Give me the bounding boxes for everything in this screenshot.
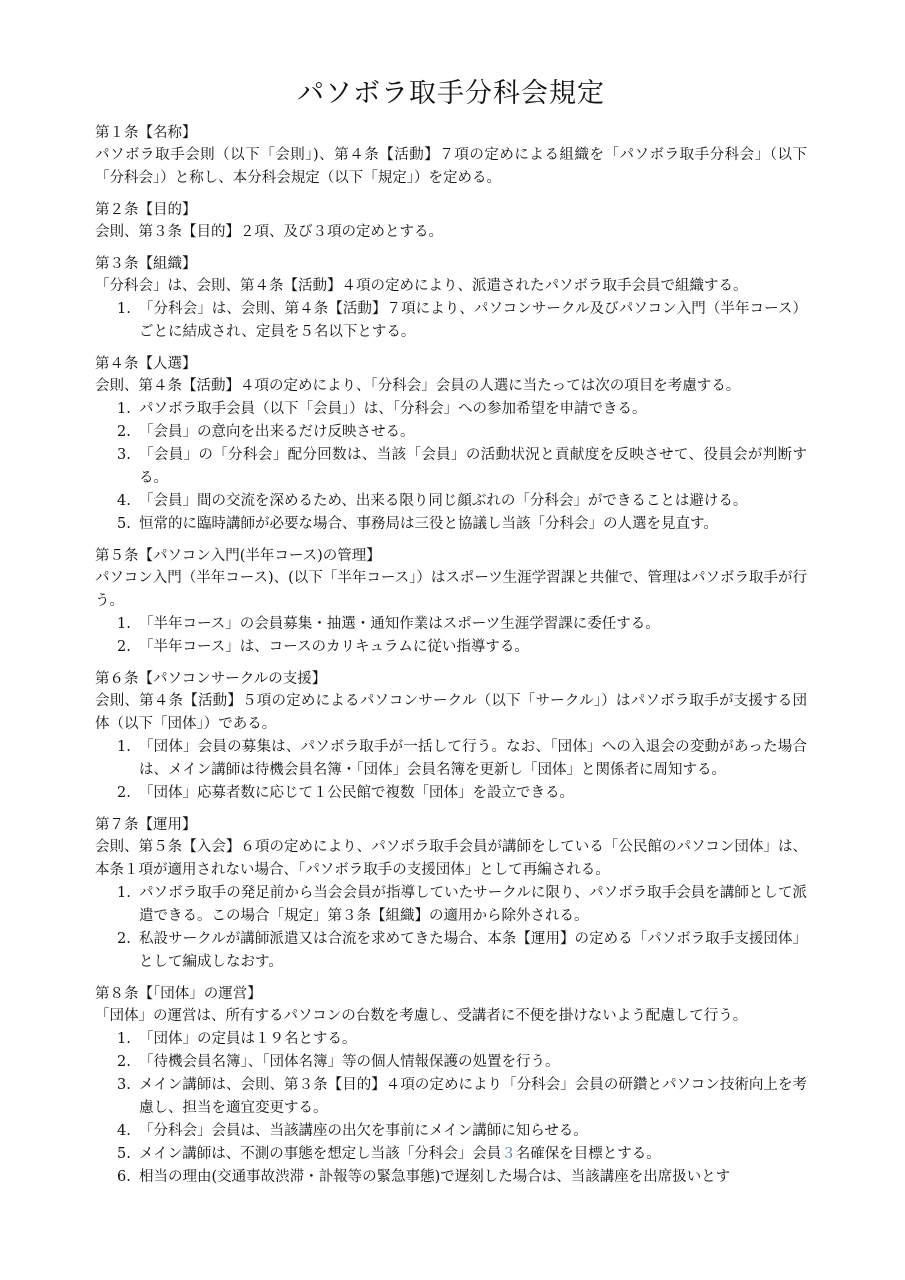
list-item: 6.相当の理由(交通事故渋滞・訃報等の緊急事態)で遅刻した場合は、当該講座を出席… bbox=[95, 1166, 807, 1189]
list-item: 4.「会員」間の交流を深めるため、出来る限り同じ顔ぶれの「分科会」ができることは… bbox=[95, 490, 807, 513]
article-4: 第４条【人選】 会則、第４条【活動】４項の定めにより、「分科会」会員の人選に当た… bbox=[95, 353, 807, 536]
article-item-list: 1.「団体」会員の募集は、パソボラ取手が一括して行う。なお、「団体」への入退会の… bbox=[95, 736, 807, 805]
item-number: 2. bbox=[117, 928, 131, 951]
item-number: 1. bbox=[117, 1028, 131, 1051]
item-text: 「会員」間の交流を深めるため、出来る限り同じ顔ぶれの「分科会」ができることは避け… bbox=[139, 493, 747, 509]
article-heading: 第１条【名称】 bbox=[95, 122, 807, 144]
item-text: 「団体」応募者数に応じて１公民館で複数「団体」を設立できる。 bbox=[139, 785, 574, 801]
list-item: 2.「会員」の意向を出来るだけ反映させる。 bbox=[95, 421, 807, 444]
article-body: パソコン入門（半年コース)、(以下「半年コース」）はスポーツ生涯学習課と共催で、… bbox=[95, 567, 807, 613]
list-item: 2.「待機会員名簿」、「団体名簿」等の個人情報保護の処置を行う。 bbox=[95, 1051, 807, 1074]
article-heading: 第３条【組織】 bbox=[95, 253, 807, 275]
item-number: 1. bbox=[117, 298, 131, 321]
item-number: 1. bbox=[117, 736, 131, 759]
article-8: 第８条【「団体」の運営】 「団体」の運営は、所有するパソコンの台数を考慮し、受講… bbox=[95, 983, 807, 1189]
list-item: 5.恒常的に臨時講師が必要な場合、事務局は三役と協議し当該「分科会」の人選を見直… bbox=[95, 513, 807, 536]
item-number: 2. bbox=[117, 782, 131, 805]
item-text: 「分科会」は、会則、第４条【活動】７項により、パソコンサークル及びパソコン入門（… bbox=[139, 301, 807, 340]
item-text-before: メイン講師は、不測の事態を想定し当該「分科会」会員 bbox=[139, 1146, 501, 1162]
article-1: 第１条【名称】 パソボラ取手会則（以下「会則」)、第４条【活動】７項の定めによる… bbox=[95, 122, 807, 190]
item-text: 「半年コース」の会員募集・抽選・通知作業はスポーツ生涯学習課に委任する。 bbox=[139, 616, 660, 632]
list-item: 1.「団体」会員の募集は、パソボラ取手が一括して行う。なお、「団体」への入退会の… bbox=[95, 736, 807, 782]
article-heading: 第４条【人選】 bbox=[95, 353, 807, 375]
item-number: 6. bbox=[117, 1166, 131, 1189]
item-text: 「会員」の意向を出来るだけ反映させる。 bbox=[139, 424, 415, 440]
article-body: 「団体」の運営は、所有するパソコンの台数を考慮し、受講者に不便を掛けないよう配慮… bbox=[95, 1005, 807, 1028]
item-number: 2. bbox=[117, 421, 131, 444]
article-item-list: 1.パソボラ取手会員（以下「会員」）は、「分科会」への参加希望を申請できる。 2… bbox=[95, 398, 807, 536]
page-title: パソボラ取手分科会規定 bbox=[95, 74, 807, 114]
article-3: 第３条【組織】 「分科会」は、会則、第４条【活動】４項の定めにより、派遣されたパ… bbox=[95, 253, 807, 344]
article-heading: 第２条【目的】 bbox=[95, 199, 807, 221]
item-text: 「団体」会員の募集は、パソボラ取手が一括して行う。なお、「団体」への入退会の変動… bbox=[139, 739, 807, 778]
list-item: 3.「会員」の「分科会」配分回数は、当該「会員」の活動状況と貢献度を反映させて、… bbox=[95, 444, 807, 490]
article-6: 第６条【パソコンサークルの支援】 会則、第４条【活動】５項の定めによるパソコンサ… bbox=[95, 668, 807, 805]
article-item-list: 1.パソボラ取手の発足前から当会会員が指導していたサークルに限り、パソボラ取手会… bbox=[95, 882, 807, 974]
article-2: 第２条【目的】 会則、第３条【目的】２項、及び３項の定めとする。 bbox=[95, 199, 807, 244]
item-number: 1. bbox=[117, 882, 131, 905]
article-item-list: 1.「団体」の定員は１９名とする。 2.「待機会員名簿」、「団体名簿」等の個人情… bbox=[95, 1028, 807, 1189]
item-text: 「団体」の定員は１９名とする。 bbox=[139, 1031, 357, 1047]
item-text: 「待機会員名簿」、「団体名簿」等の個人情報保護の処置を行う。 bbox=[139, 1054, 560, 1070]
article-item-list: 1.「半年コース」の会員募集・抽選・通知作業はスポーツ生涯学習課に委任する。 2… bbox=[95, 613, 807, 659]
list-item: 1.「半年コース」の会員募集・抽選・通知作業はスポーツ生涯学習課に委任する。 bbox=[95, 613, 807, 636]
list-item: 4.「分科会」会員は、当該講座の出欠を事前にメイン講師に知らせる。 bbox=[95, 1120, 807, 1143]
list-item: 1.「分科会」は、会則、第４条【活動】７項により、パソコンサークル及びパソコン入… bbox=[95, 298, 807, 344]
list-item: 2.「半年コース」は、コースのカリキュラムに従い指導する。 bbox=[95, 636, 807, 659]
item-text: パソボラ取手の発足前から当会会員が指導していたサークルに限り、パソボラ取手会員を… bbox=[139, 885, 807, 924]
document-page: パソボラ取手分科会規定 第１条【名称】 パソボラ取手会則（以下「会則」)、第４条… bbox=[95, 74, 807, 1198]
list-item: 1.「団体」の定員は１９名とする。 bbox=[95, 1028, 807, 1051]
item-number: 5. bbox=[117, 1143, 131, 1166]
article-7: 第７条【運用】 会則、第５条【入会】６項の定めにより、パソボラ取手会員が講師をし… bbox=[95, 814, 807, 974]
article-heading: 第７条【運用】 bbox=[95, 814, 807, 836]
article-body: 会則、第３条【目的】２項、及び３項の定めとする。 bbox=[95, 221, 807, 244]
item-text: 私設サークルが講師派遣又は合流を求めてきた場合、本条【運用】の定める「パソボラ取… bbox=[139, 931, 807, 970]
article-body: 会則、第４条【活動】５項の定めによるパソコンサークル（以下「サークル」）はパソボ… bbox=[95, 690, 807, 736]
item-number: 1. bbox=[117, 398, 131, 421]
item-text: 「分科会」会員は、当該講座の出欠を事前にメイン講師に知らせる。 bbox=[139, 1123, 588, 1139]
item-number: 3. bbox=[117, 1074, 131, 1097]
list-item: 5.メイン講師は、不測の事態を想定し当該「分科会」会員３名確保を目標とする。 bbox=[95, 1143, 807, 1166]
item-text: パソボラ取手会員（以下「会員」）は、「分科会」への参加希望を申請できる。 bbox=[139, 401, 647, 417]
article-body: パソボラ取手会則（以下「会則」)、第４条【活動】７項の定めによる組織を「パソボラ… bbox=[95, 144, 807, 190]
item-text: 恒常的に臨時講師が必要な場合、事務局は三役と協議し当該「分科会」の人選を見直す。 bbox=[139, 516, 718, 532]
item-text-after: 名確保を目標とする。 bbox=[516, 1146, 661, 1162]
list-item: 2.私設サークルが講師派遣又は合流を求めてきた場合、本条【運用】の定める「パソボ… bbox=[95, 928, 807, 974]
item-number: 2. bbox=[117, 636, 131, 659]
item-text: メイン講師は、会則、第３条【目的】４項の定めにより「分科会」会員の研鑽とパソコン… bbox=[139, 1077, 807, 1116]
item-number: 4. bbox=[117, 1120, 131, 1143]
article-body: 会則、第４条【活動】４項の定めにより、「分科会」会員の人選に当たっては次の項目を… bbox=[95, 375, 807, 398]
article-heading: 第８条【「団体」の運営】 bbox=[95, 983, 807, 1005]
item-number: 5. bbox=[117, 513, 131, 536]
article-body: 会則、第５条【入会】６項の定めにより、パソボラ取手会員が講師をしている「公民館の… bbox=[95, 836, 807, 882]
highlighted-count: ３ bbox=[501, 1146, 516, 1162]
article-item-list: 1.「分科会」は、会則、第４条【活動】７項により、パソコンサークル及びパソコン入… bbox=[95, 298, 807, 344]
article-5: 第５条【パソコン入門(半年コース)の管理】 パソコン入門（半年コース)、(以下「… bbox=[95, 545, 807, 659]
item-number: 4. bbox=[117, 490, 131, 513]
list-item: 3.メイン講師は、会則、第３条【目的】４項の定めにより「分科会」会員の研鑽とパソ… bbox=[95, 1074, 807, 1120]
article-heading: 第５条【パソコン入門(半年コース)の管理】 bbox=[95, 545, 807, 567]
item-text: 相当の理由(交通事故渋滞・訃報等の緊急事態)で遅刻した場合は、当該講座を出席扱い… bbox=[139, 1169, 730, 1185]
item-text: 「半年コース」は、コースのカリキュラムに従い指導する。 bbox=[139, 639, 529, 655]
article-body: 「分科会」は、会則、第４条【活動】４項の定めにより、派遣されたパソボラ取手会員で… bbox=[95, 275, 807, 298]
list-item: 2.「団体」応募者数に応じて１公民館で複数「団体」を設立できる。 bbox=[95, 782, 807, 805]
item-number: 1. bbox=[117, 613, 131, 636]
item-number: 2. bbox=[117, 1051, 131, 1074]
list-item: 1.パソボラ取手の発足前から当会会員が指導していたサークルに限り、パソボラ取手会… bbox=[95, 882, 807, 928]
item-number: 3. bbox=[117, 444, 131, 467]
list-item: 1.パソボラ取手会員（以下「会員」）は、「分科会」への参加希望を申請できる。 bbox=[95, 398, 807, 421]
article-heading: 第６条【パソコンサークルの支援】 bbox=[95, 668, 807, 690]
item-text: 「会員」の「分科会」配分回数は、当該「会員」の活動状況と貢献度を反映させて、役員… bbox=[139, 447, 807, 486]
